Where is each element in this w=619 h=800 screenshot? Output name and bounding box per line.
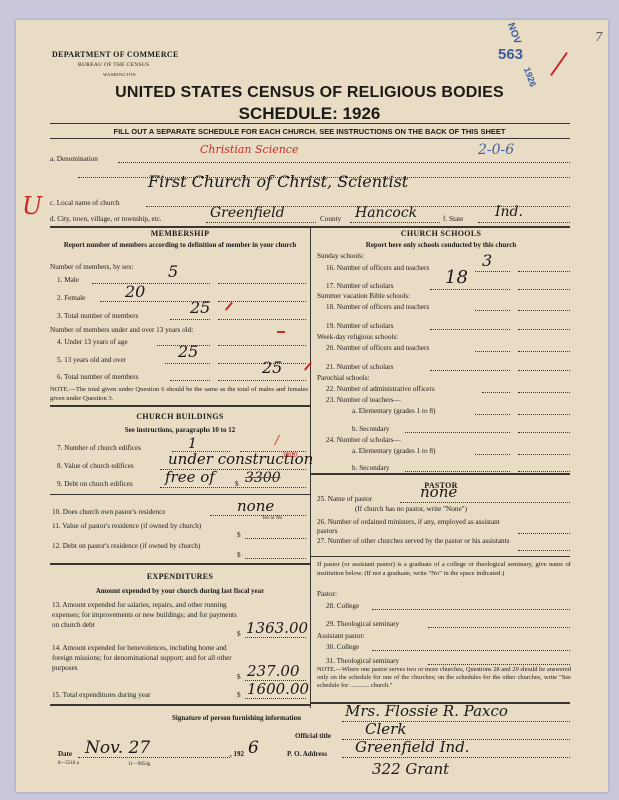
address-field[interactable] bbox=[342, 757, 570, 758]
benevolences-label: 14. Amount expended for benevolences, in… bbox=[52, 643, 240, 673]
scholars-secondary-label: b. Secondary bbox=[352, 464, 390, 472]
divider bbox=[50, 704, 310, 706]
column-field bbox=[518, 310, 570, 311]
running-expenses-field[interactable] bbox=[245, 637, 306, 638]
address-line2: 322 Grant bbox=[372, 760, 449, 778]
denomination-label: a. Denomination bbox=[50, 155, 98, 163]
assistant-seminary-label: 31. Theological seminary bbox=[326, 657, 399, 665]
male-value: 5 bbox=[168, 262, 178, 281]
total-expenditures-value: 1600.00 bbox=[247, 680, 309, 698]
column-divider bbox=[310, 228, 311, 708]
sunday-scholars-label: 17. Number of scholars bbox=[326, 282, 393, 290]
edifices-count-check: / bbox=[275, 433, 279, 447]
column-field bbox=[218, 363, 306, 364]
weekday-teachers-field[interactable] bbox=[475, 351, 510, 352]
official-title-value: Clerk bbox=[365, 720, 406, 738]
column-field bbox=[518, 329, 570, 330]
weekday-teachers-label: 20. Number of officers and teachers bbox=[326, 344, 429, 352]
edifices-count-label: 7. Number of church edifices bbox=[57, 444, 141, 452]
residence-debt-field[interactable] bbox=[245, 558, 306, 559]
divider bbox=[310, 473, 570, 475]
pencil-mark: 7 bbox=[595, 30, 603, 44]
page-title: UNITED STATES CENSUS OF RELIGIOUS BODIES bbox=[0, 84, 619, 102]
teachers-elementary-label: a. Elementary (grades 1 to 8) bbox=[352, 407, 435, 415]
scholars-elementary-label: a. Elementary (grades 1 to 8) bbox=[352, 447, 435, 455]
membership-note: NOTE.—The total given under Question 6 s… bbox=[50, 385, 308, 403]
summer-scholars-label: 19. Number of scholars bbox=[326, 322, 393, 330]
summer-teachers-field[interactable] bbox=[475, 310, 510, 311]
signature-label: Signature of person furnishing informati… bbox=[172, 714, 301, 722]
church-name-label: c. Local name of church bbox=[50, 199, 120, 207]
edifices-debt-field[interactable] bbox=[160, 487, 306, 488]
teachers-secondary-label: b. Secondary bbox=[352, 425, 390, 433]
weekday-schools-label: Week-day religious schools: bbox=[317, 333, 398, 341]
city-label: d. City, town, village, or township, etc… bbox=[50, 215, 162, 223]
date-label: Date bbox=[58, 750, 72, 758]
year-prefix: , 192 bbox=[230, 750, 244, 758]
county-field[interactable] bbox=[350, 222, 440, 223]
pastor-name-value: none bbox=[420, 483, 457, 501]
city-label: WASHINGTON bbox=[103, 72, 136, 77]
divider bbox=[310, 556, 570, 557]
over-13-value: 25 bbox=[178, 342, 198, 361]
sunday-scholars-field[interactable] bbox=[430, 289, 510, 290]
denomination-value: Christian Science bbox=[200, 143, 298, 156]
pastor-residence-field[interactable] bbox=[210, 515, 306, 516]
margin-mark: U bbox=[22, 192, 42, 220]
total-members-label: 3. Total number of members bbox=[57, 312, 138, 320]
divider bbox=[50, 123, 570, 124]
denomination-field[interactable] bbox=[118, 162, 570, 163]
date-value: Nov. 27 bbox=[85, 738, 150, 758]
column-field bbox=[518, 370, 570, 371]
edifices-debt-struck: 3300 bbox=[245, 470, 281, 486]
pastor-name-field[interactable] bbox=[400, 502, 570, 503]
total-members-2-value: 25 bbox=[262, 358, 282, 377]
female-label: 2. Female bbox=[57, 294, 85, 302]
church-schools-heading: CHURCH SCHOOLS bbox=[312, 229, 570, 238]
department-label: DEPARTMENT OF COMMERCE bbox=[52, 50, 179, 59]
running-expenses-label: 13. Amount expended for salaries, repair… bbox=[52, 600, 240, 630]
total-expenditures-label: 15. Total expenditures during year bbox=[52, 691, 151, 699]
assistant-seminary-field[interactable] bbox=[428, 664, 570, 665]
total-members-field[interactable] bbox=[170, 319, 210, 320]
expenditures-heading: EXPENDITURES bbox=[50, 572, 310, 581]
assistant-college-label: 30. College bbox=[326, 643, 359, 651]
state-value: Ind. bbox=[495, 204, 523, 220]
sunday-teachers-label: 16. Number of officers and teachers bbox=[326, 264, 429, 272]
teachers-secondary-field[interactable] bbox=[405, 432, 510, 433]
assistant-pastors-field[interactable] bbox=[518, 533, 570, 534]
summer-schools-label: Summer vacation Bible schools: bbox=[317, 292, 410, 300]
form-code-1: 8—5518 a bbox=[58, 761, 79, 766]
male-field[interactable] bbox=[92, 283, 210, 284]
assistant-college-field[interactable] bbox=[372, 650, 570, 651]
pastor-name-label: 25. Name of pastor bbox=[317, 495, 372, 503]
sunday-teachers-field[interactable] bbox=[475, 271, 510, 272]
county-value: Hancock bbox=[355, 205, 417, 221]
edifices-value-annotation: 3300 bbox=[282, 452, 297, 459]
bureau-label: BUREAU OF THE CENSUS bbox=[78, 62, 149, 68]
column-field bbox=[518, 351, 570, 352]
age-breakdown-label: Number of members under and over 13 year… bbox=[50, 326, 193, 334]
residence-value-field[interactable] bbox=[245, 538, 306, 539]
official-title-label: Official title bbox=[295, 732, 331, 740]
membership-heading: MEMBERSHIP bbox=[50, 229, 310, 238]
running-expenses-value: 1363.00 bbox=[246, 619, 308, 637]
year-value: 6 bbox=[248, 738, 259, 758]
city-value: Greenfield bbox=[210, 205, 285, 221]
city-field[interactable] bbox=[206, 222, 316, 223]
scholars-label: 24. Number of scholars— bbox=[326, 436, 401, 444]
membership-subheading: Report number of members according to de… bbox=[60, 241, 300, 250]
sunday-teachers-value: 3 bbox=[482, 251, 492, 270]
address-value: Greenfield Ind. bbox=[355, 738, 470, 756]
summer-teachers-label: 18. Number of officers and teachers bbox=[326, 303, 429, 311]
under-13-label: 4. Under 13 years of age bbox=[57, 338, 128, 346]
weekday-scholars-field[interactable] bbox=[430, 370, 510, 371]
benevolences-value: 237.00 bbox=[247, 662, 300, 680]
state-label: f. State bbox=[443, 215, 463, 223]
divider bbox=[50, 405, 310, 407]
female-value: 20 bbox=[125, 282, 145, 301]
teachers-elementary-field[interactable] bbox=[475, 414, 510, 415]
total-expenditures-field[interactable] bbox=[245, 698, 306, 699]
pastor-college-label: 28. College bbox=[326, 602, 359, 610]
column-field bbox=[218, 301, 306, 302]
column-field bbox=[518, 471, 570, 472]
state-field[interactable] bbox=[478, 222, 570, 223]
divider bbox=[50, 138, 570, 139]
pastor-residence-label: 10. Does church own pastor's residence bbox=[52, 508, 165, 516]
column-field bbox=[218, 345, 306, 346]
column-field bbox=[218, 380, 306, 381]
over-13-field[interactable] bbox=[165, 363, 210, 364]
divider bbox=[50, 563, 310, 565]
weekday-scholars-label: 21. Number of scholars bbox=[326, 363, 393, 371]
parochial-schools-label: Parochial schools: bbox=[317, 374, 370, 382]
column-field bbox=[518, 392, 570, 393]
other-churches-label: 27. Number of other churches served by t… bbox=[317, 537, 512, 546]
graduate-note: If pastor (or assistant pastor) is a gra… bbox=[317, 560, 571, 578]
expenditures-subheading: Amount expended by your church during la… bbox=[50, 587, 310, 595]
summer-scholars-field[interactable] bbox=[430, 329, 510, 330]
church-name-value: First Church of Christ, Scientist bbox=[148, 172, 408, 191]
pastor-residence-value: none bbox=[237, 497, 274, 515]
pastor-seminary-label: 29. Theological seminary bbox=[326, 620, 399, 628]
total-members-value: 25 bbox=[190, 298, 210, 317]
column-field bbox=[518, 454, 570, 455]
church-schools-subheading: Report here only schools conducted by th… bbox=[312, 241, 570, 249]
other-churches-field[interactable] bbox=[518, 550, 570, 551]
sunday-scholars-value: 18 bbox=[445, 267, 468, 288]
address-label: P. O. Address bbox=[287, 750, 327, 758]
column-field bbox=[218, 283, 306, 284]
pastor-seminary-field[interactable] bbox=[428, 627, 570, 628]
column-field bbox=[518, 432, 570, 433]
form-code-2: 11—9054g bbox=[128, 762, 150, 767]
column-field bbox=[518, 289, 570, 290]
assistant-pastors-label: 26. Number of ordained ministers, if any… bbox=[317, 518, 517, 536]
column-field bbox=[218, 319, 306, 320]
residence-value-label: 11. Value of pastor's residence (if owne… bbox=[52, 522, 212, 531]
edifices-value-label: 8. Value of church edifices bbox=[57, 462, 134, 470]
denomination-code: 2-0-6 bbox=[478, 142, 514, 158]
male-label: 1. Male bbox=[57, 276, 79, 284]
pastor-college-field[interactable] bbox=[372, 609, 570, 610]
scholars-elementary-field[interactable] bbox=[475, 454, 510, 455]
yes-no-hint: Yes or No bbox=[262, 516, 282, 521]
instructions-banner: FILL OUT A SEPARATE SCHEDULE FOR EACH CH… bbox=[0, 127, 619, 136]
signature-value: Mrs. Flossie R. Paxco bbox=[345, 702, 508, 720]
by-sex-label: Number of members, by sex: bbox=[50, 263, 134, 271]
total-members-2-field[interactable] bbox=[170, 380, 210, 381]
column-field bbox=[518, 271, 570, 272]
pastor-education-label: Pastor: bbox=[317, 590, 337, 598]
total-members-2-label: 6. Total number of members bbox=[57, 373, 138, 381]
residence-debt-label: 12. Debt on pastor's residence (if owned… bbox=[52, 542, 212, 551]
divider bbox=[50, 494, 310, 495]
edifices-debt-value: free of bbox=[165, 468, 215, 486]
column-field bbox=[518, 414, 570, 415]
over-13-label: 5. 13 years old and over bbox=[57, 356, 126, 364]
received-stamp-number: 563 bbox=[498, 46, 523, 63]
sunday-schools-label: Sunday schools: bbox=[317, 252, 364, 260]
admin-officers-field[interactable] bbox=[482, 392, 510, 393]
pastor-name-hint: (If church has no pastor, write "None") bbox=[355, 505, 467, 513]
church-buildings-heading: CHURCH BUILDINGS bbox=[50, 412, 310, 421]
church-buildings-subheading: See instructions, paragraphs 10 to 12 bbox=[50, 426, 310, 434]
teachers-label: 23. Number of teachers— bbox=[326, 396, 401, 404]
pastor-note: NOTE.—Where one pastor serves two or mor… bbox=[317, 666, 571, 690]
admin-officers-label: 22. Number of administrative officers bbox=[326, 385, 435, 393]
assistant-education-label: Assistant pastor: bbox=[317, 632, 365, 640]
county-label: County bbox=[320, 215, 341, 223]
edifices-debt-label: 9. Debt on church edifices bbox=[57, 480, 133, 488]
schedule-title: SCHEDULE: 1926 bbox=[0, 104, 619, 124]
dash-mark bbox=[277, 331, 285, 333]
scholars-secondary-field[interactable] bbox=[405, 471, 510, 472]
